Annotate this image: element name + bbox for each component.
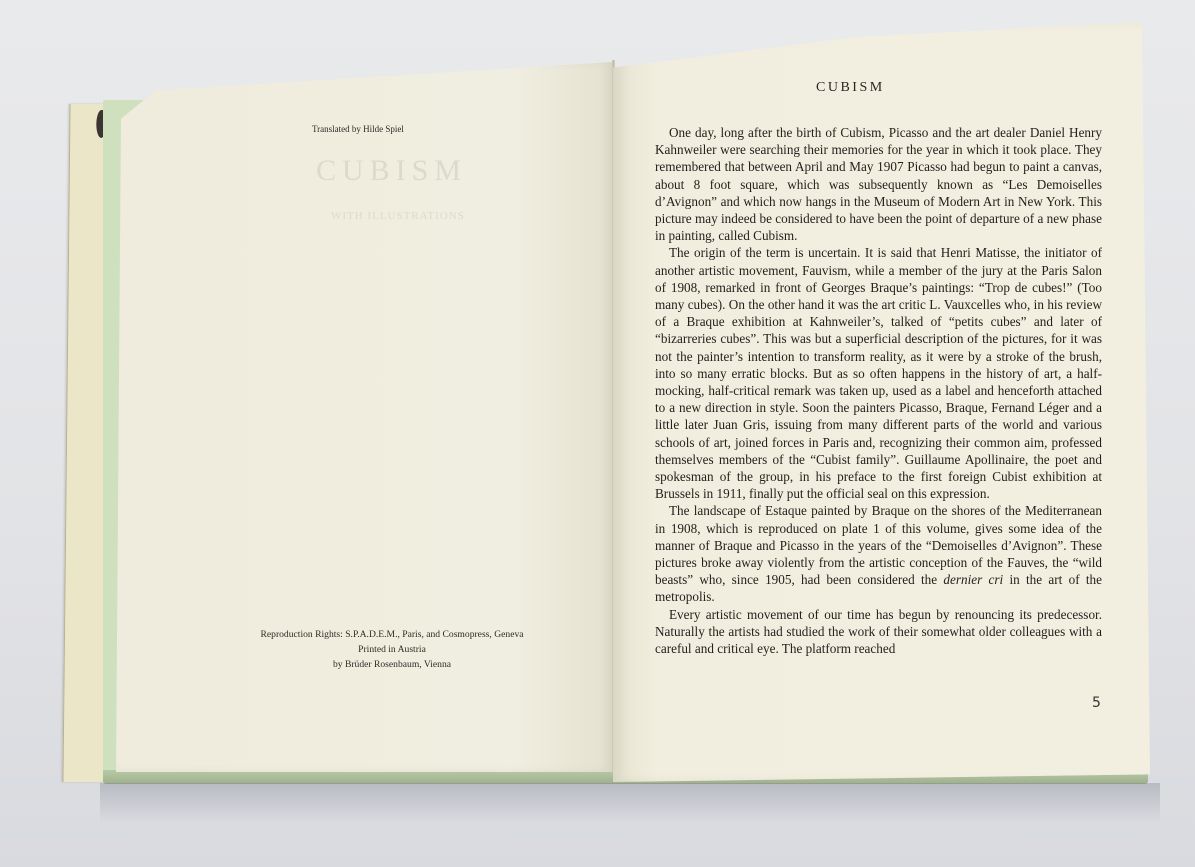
show-through-subtitle: WITH ILLUSTRATIONS	[331, 210, 465, 222]
body-text: One day, long after the birth of Cubism,…	[655, 124, 1102, 657]
printer: by Brüder Rosenbaum, Vienna	[192, 657, 592, 672]
left-page: CUBISM WITH ILLUSTRATIONS Translated by …	[116, 62, 613, 772]
paragraph: One day, long after the birth of Cubism,…	[655, 124, 1102, 244]
running-head: CUBISM	[816, 80, 885, 96]
paragraph: The landscape of Estaque painted by Braq…	[655, 502, 1102, 605]
paragraph: The origin of the term is uncertain. It …	[655, 244, 1102, 502]
page-number: 5	[1092, 695, 1101, 711]
imprint-block: Reproduction Rights: S.P.A.D.E.M., Paris…	[192, 627, 592, 672]
right-page: CUBISM One day, long after the birth of …	[613, 22, 1150, 782]
reproduction-rights: Reproduction Rights: S.P.A.D.E.M., Paris…	[192, 627, 592, 642]
italic-phrase: dernier cri	[943, 572, 1003, 587]
translator-credit: Translated by Hilde Spiel	[312, 124, 612, 134]
book-shadow	[100, 783, 1160, 823]
printed-in: Printed in Austria	[192, 642, 592, 657]
paragraph: Every artistic movement of our time has …	[655, 606, 1102, 658]
show-through-title: CUBISM	[316, 154, 467, 188]
